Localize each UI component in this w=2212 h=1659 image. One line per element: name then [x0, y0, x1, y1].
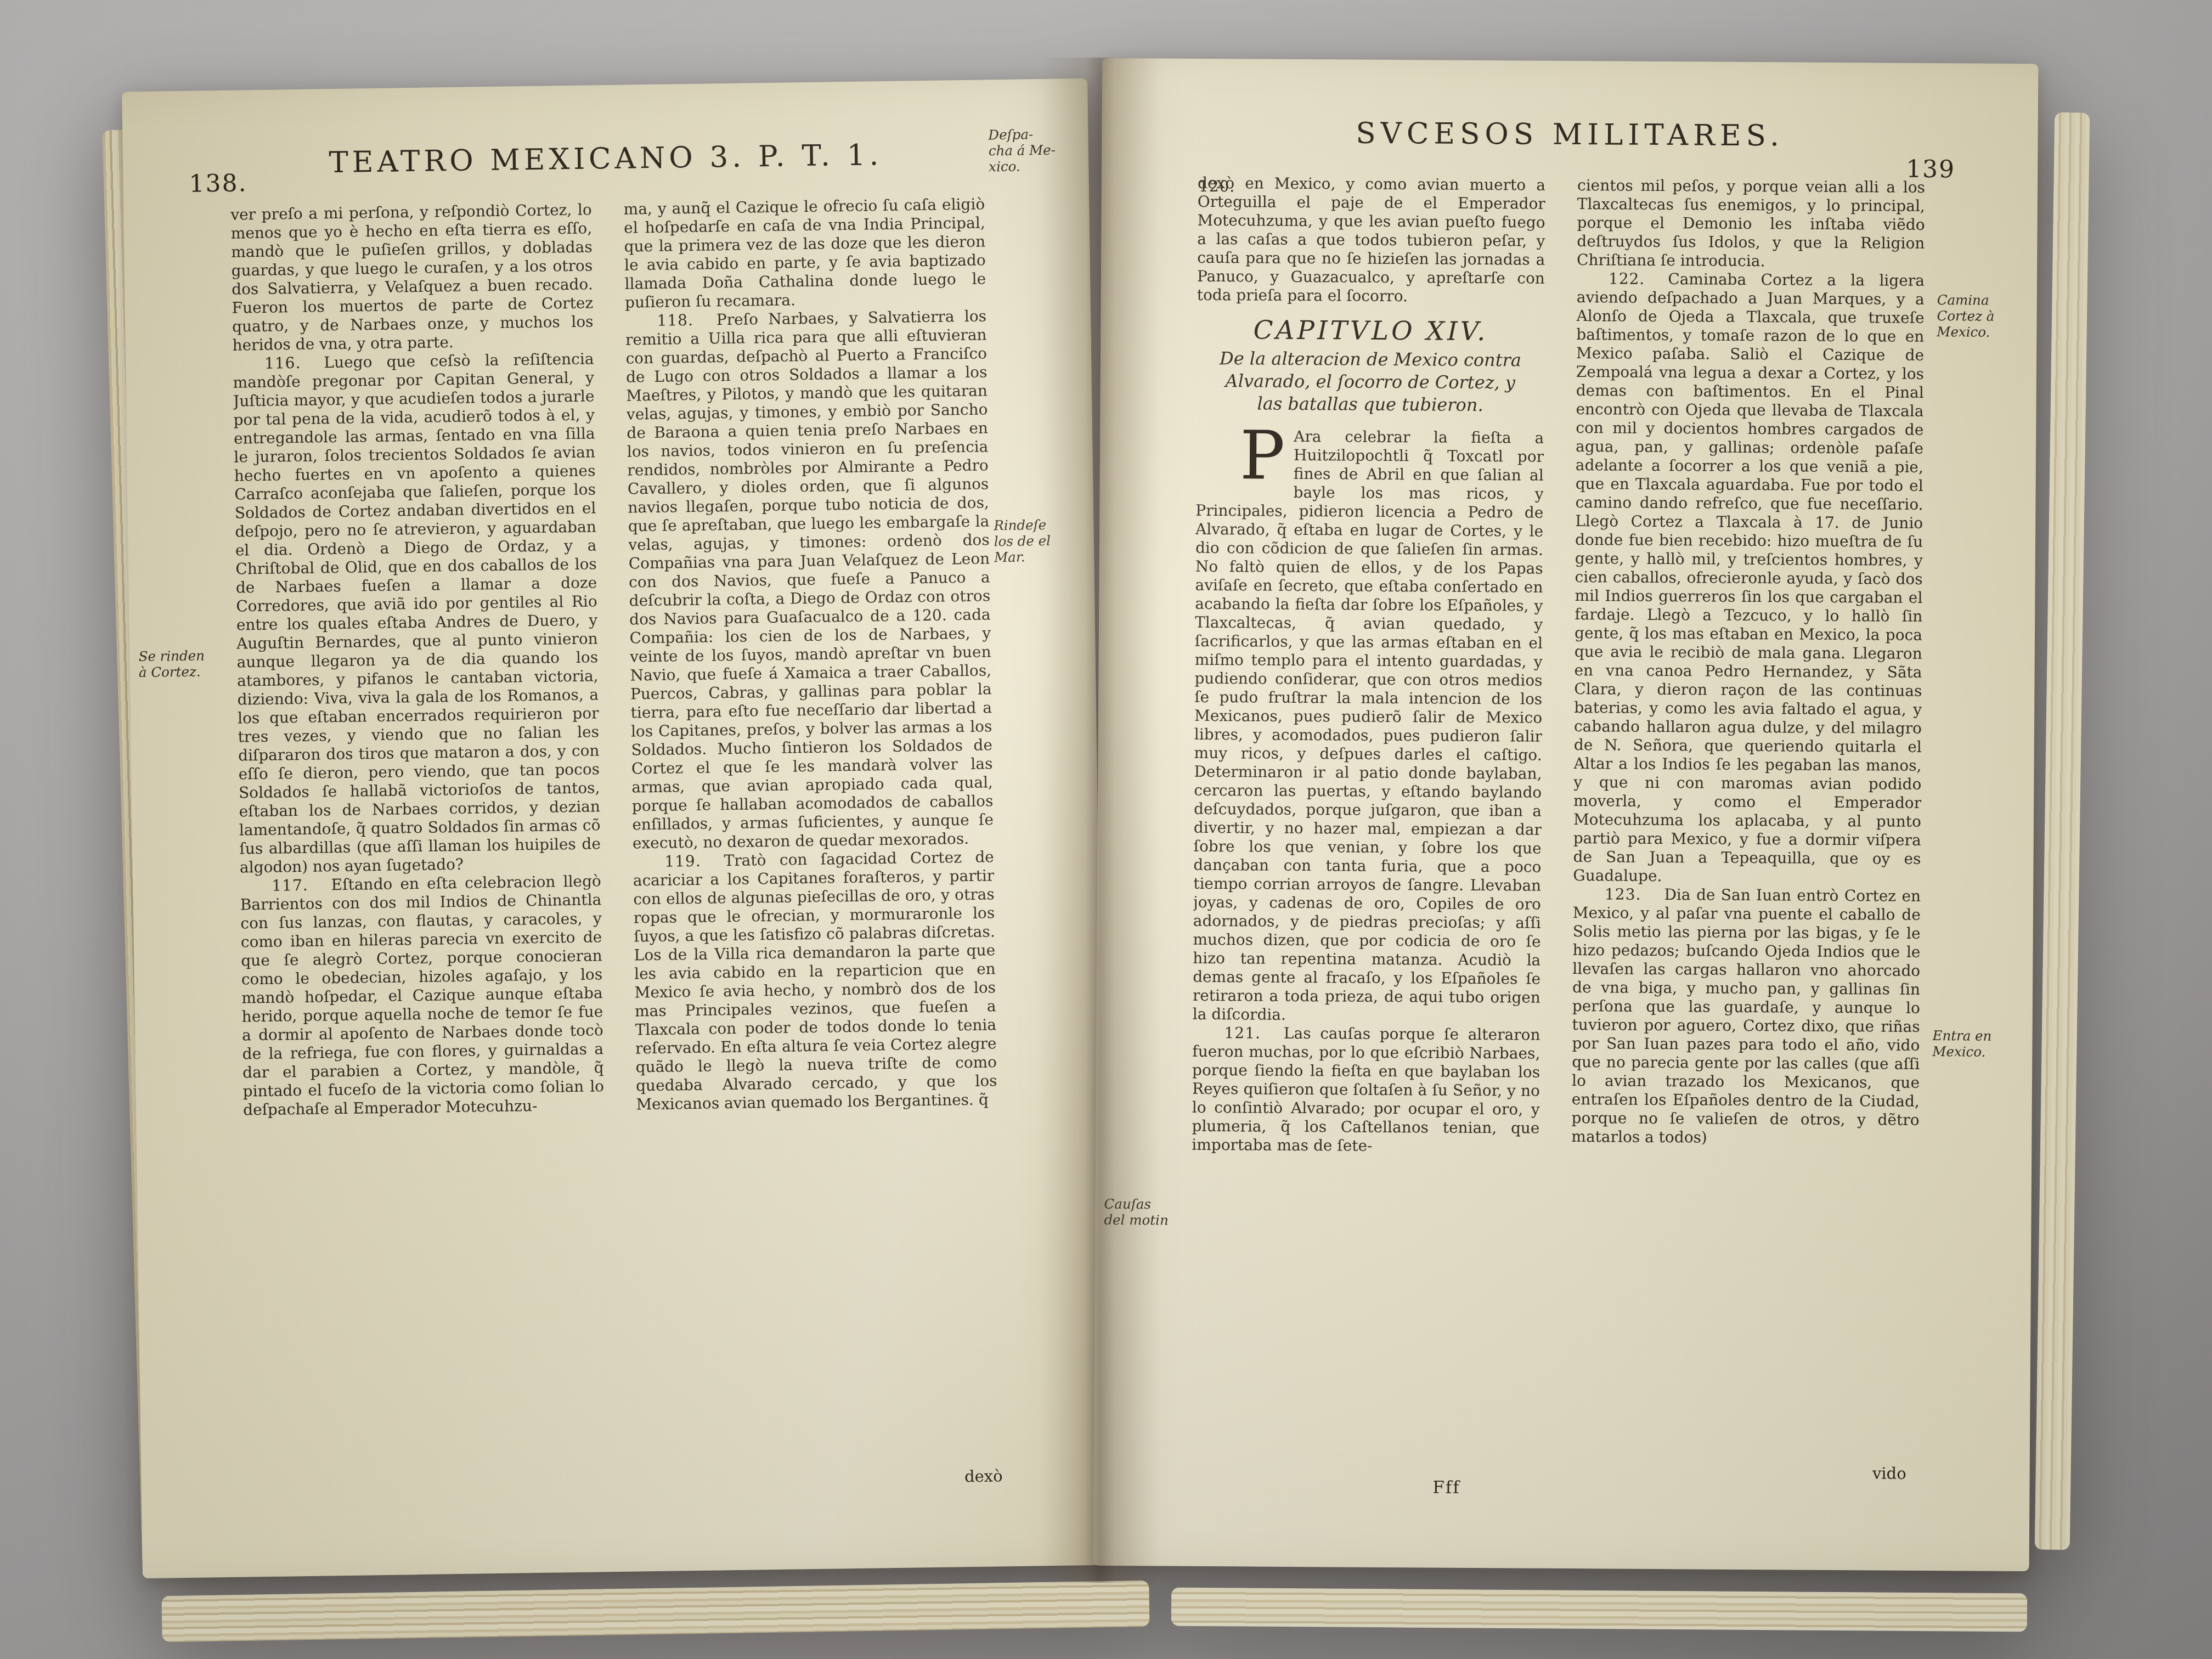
paragraph: P120.Ara celebrar la fieſta a Huitzilopo…	[1193, 427, 1544, 1026]
margin-note: Se rindenà Cortez.	[138, 648, 232, 681]
page-139: SVCESOS MILITARES. 139 dexò en Mexico, y…	[1093, 58, 2039, 1571]
paragraph: ver preſo a mi perſona, y reſpondiò Cort…	[230, 200, 594, 354]
paragraph-number: 122.	[1609, 269, 1668, 288]
text-column-2: ma, y aunq̃ el Cazique le ofrecio ſu caſ…	[624, 195, 1003, 1478]
running-title: SVCESOS MILITARES.	[1102, 115, 2038, 154]
paragraph: 119.Tratò con ſagacidad Cortez de acaric…	[633, 848, 997, 1114]
paragraph: 118.Preſo Narbaes, y Salvatierra los rem…	[625, 307, 994, 853]
paragraph: 123.Dia de San Iuan entrò Cortez en Mexi…	[1571, 885, 1921, 1148]
margin-note: Entra enMexico.	[1932, 1028, 2025, 1060]
margin-note: CaminaCortez àMexico.	[1937, 292, 2030, 341]
catchword: dexò	[964, 1466, 1003, 1486]
text-block: ver preſo a mi perſona, y reſpondiò Cort…	[230, 195, 1002, 1483]
paragraph-number: 123.	[1605, 885, 1664, 904]
page-edges-bottom-left	[161, 1581, 1149, 1642]
running-title: TEATRO MEXICANO 3. P. T. 1.	[123, 136, 1089, 183]
paragraph-number: 118.	[657, 311, 716, 330]
margin-note: Cauſasdel motin	[1104, 1197, 1197, 1229]
text-column-1: dexò en Mexico, y como avian muerto a Or…	[1190, 174, 1545, 1475]
paragraph: 121.Las cauſas porque ſe alteraron fuero…	[1192, 1024, 1540, 1156]
margin-note: Rindeſelos de elMar.	[994, 517, 1087, 566]
page-edges-right	[2035, 112, 2090, 1550]
chapter-subtitle: De la alteracion de Mexico contra Alvara…	[1217, 347, 1523, 416]
paragraph-number: 119.	[664, 851, 724, 871]
catchword: vido	[1872, 1464, 1906, 1482]
paragraph: 122.Caminaba Cortez a la ligera aviendo …	[1573, 269, 1925, 887]
page-138: 138. TEATRO MEXICANO 3. P. T. 1. ver pre…	[122, 78, 1108, 1578]
paragraph: ma, y aunq̃ el Cazique le ofrecio ſu caſ…	[624, 195, 986, 312]
paragraph-number: 117.	[272, 876, 331, 895]
paragraph-number: 121.	[1224, 1024, 1284, 1042]
gathering-signature: Fff	[1093, 1476, 1799, 1500]
paragraph-number: 120.	[1199, 177, 1235, 196]
page-edges-bottom-right	[1171, 1588, 2027, 1632]
drop-cap: P	[1240, 430, 1285, 481]
running-head: SVCESOS MILITARES. 139	[1102, 115, 2038, 159]
chapter-heading: CAPITVLO XIV.De la alteracion de Mexico …	[1217, 321, 1523, 416]
open-book: 138. TEATRO MEXICANO 3. P. T. 1. ver pre…	[129, 47, 2066, 1621]
paragraph: cientos mil peſos, y porque veian alli a…	[1577, 176, 1925, 272]
paragraph: 116.Luego que ceſsò la reſiſtencia mandò…	[233, 349, 601, 877]
paragraph: 117.Eſtando en eſta celebracion llegò Ba…	[240, 872, 605, 1119]
page-number: 138.	[189, 169, 247, 198]
text-column-2: cientos mil peſos, y porque veian alli a…	[1570, 176, 1925, 1477]
running-head: 138. TEATRO MEXICANO 3. P. T. 1.	[123, 136, 1089, 188]
text-block: dexò en Mexico, y como avian muerto a Or…	[1190, 174, 1925, 1477]
paragraph-number: 116.	[264, 353, 324, 373]
chapter-title: CAPITVLO XIV.	[1217, 321, 1523, 341]
paragraph: dexò en Mexico, y como avian muerto a Or…	[1197, 174, 1545, 307]
text-column-1: ver preſo a mi perſona, y reſpondiò Cort…	[230, 200, 610, 1483]
photo-background: 138. TEATRO MEXICANO 3. P. T. 1. ver pre…	[0, 0, 2212, 1659]
